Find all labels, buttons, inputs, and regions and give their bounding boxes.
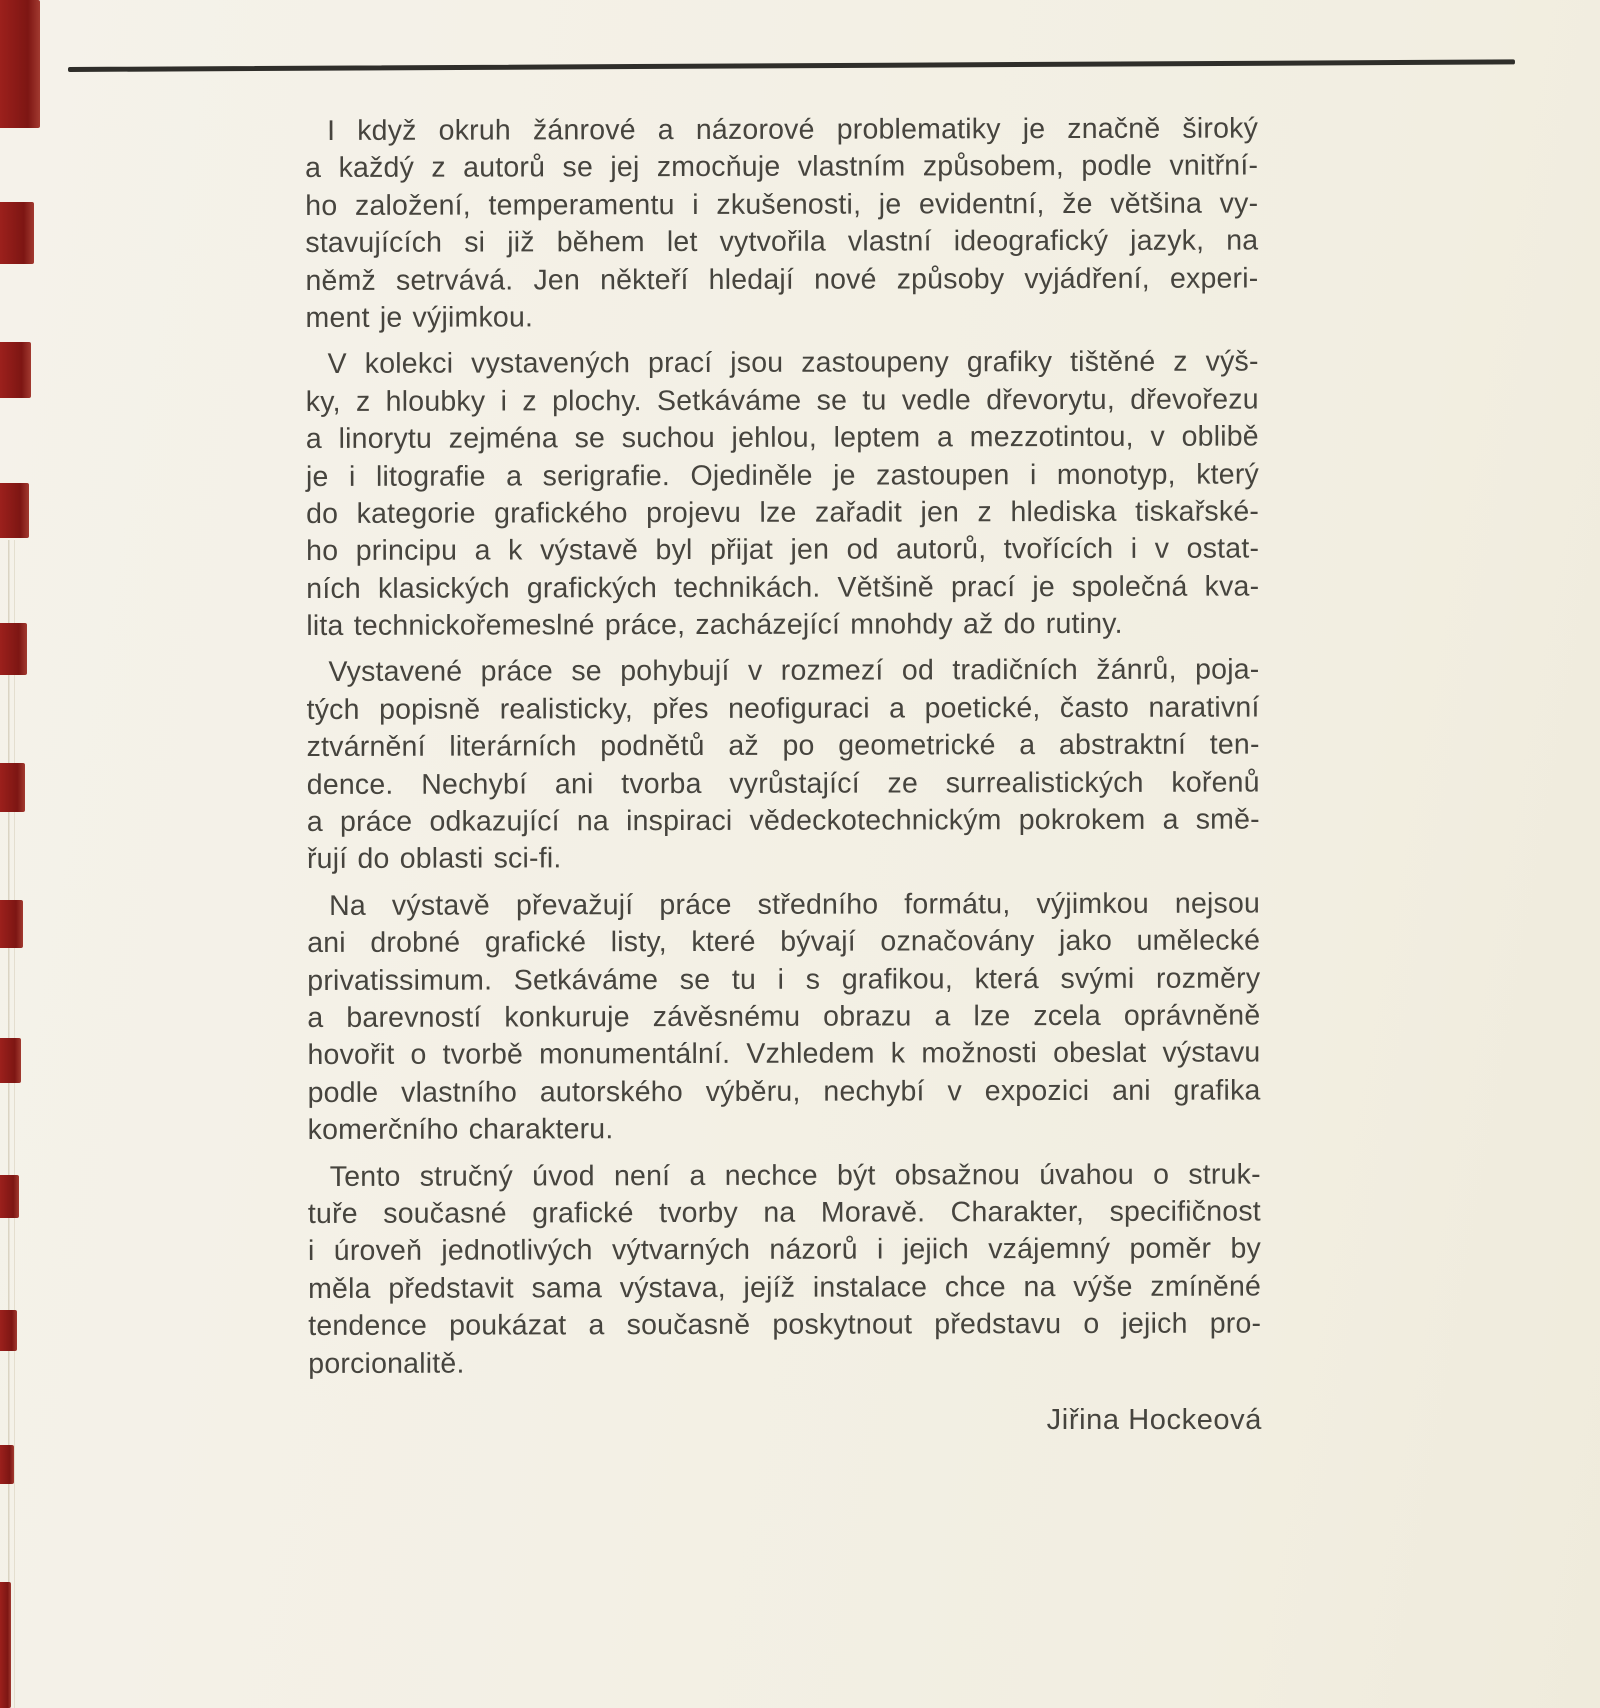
text-line: porcionalitě.	[308, 1343, 1261, 1383]
text-line: V kolekci vystavených prací jsou zastoup…	[306, 344, 1259, 384]
red-edge-mark	[0, 1582, 11, 1708]
text-line: hovořit o tvorbě monumentální. Vzhledem …	[307, 1035, 1260, 1075]
text-line: a práce odkazující na inspiraci vědeckot…	[307, 802, 1260, 842]
text-line: ky, z hloubky i z plochy. Setkáváme se t…	[306, 381, 1259, 421]
text-line: komerčního charakteru.	[308, 1110, 1261, 1150]
text-line: a linorytu zejména se suchou jehlou, lep…	[306, 419, 1259, 459]
red-edge-mark	[0, 900, 23, 948]
paragraph: V kolekci vystavených prací jsou zastoup…	[306, 344, 1260, 646]
red-edge-mark	[0, 1310, 17, 1351]
horizontal-rule	[68, 59, 1515, 72]
text-line: podle vlastního autorského výběru, nechy…	[308, 1072, 1261, 1112]
text-line: Vystavené práce se pohybují v rozmezí od…	[306, 652, 1259, 692]
text-line: tých popisně realisticky, přes neofigura…	[307, 689, 1260, 729]
text-line: privatissimum. Setkáváme se tu i s grafi…	[307, 960, 1260, 1000]
text-line: řují do oblasti sci-fi.	[307, 839, 1260, 879]
author-signature: Jiřina Hockeová	[305, 1402, 1262, 1439]
red-edge-mark	[0, 1445, 14, 1484]
paragraph: Na výstavě převažují práce středního for…	[307, 885, 1261, 1149]
text-line: do kategorie grafického projevu lze zařa…	[306, 493, 1259, 533]
text-line: Na výstavě převažují práce středního for…	[307, 885, 1260, 925]
red-edge-mark	[0, 483, 29, 538]
red-edge-mark	[0, 1175, 19, 1218]
text-line: ních klasických grafických technikách. V…	[306, 568, 1259, 608]
text-line: lita technickořemeslné práce, zacházejíc…	[306, 606, 1259, 646]
text-line: I když okruh žánrové a názorové problema…	[305, 111, 1258, 151]
red-edge-mark	[0, 202, 34, 264]
text-line: tendence poukázat a současně poskytnout …	[308, 1306, 1261, 1346]
text-line: i úroveň jednotlivých výtvarných názorů …	[308, 1231, 1261, 1271]
text-line: Tento stručný úvod není a nechce být obs…	[308, 1156, 1261, 1196]
text-line: stavujících si již během let vytvořila v…	[305, 223, 1258, 263]
red-edge-mark	[0, 763, 25, 812]
text-line: je i litografie a serigrafie. Ojediněle …	[306, 456, 1259, 496]
red-edge-mark	[0, 623, 27, 675]
text-line: ho založení, temperamentu i zkušenosti, …	[305, 185, 1258, 225]
text-line: tuře současné grafické tvorby na Moravě.…	[308, 1193, 1261, 1233]
text-line: ani drobné grafické listy, které bývají …	[307, 923, 1260, 963]
red-edge-mark	[0, 342, 31, 398]
text-line: a každý z autorů se jej zmocňuje vlastní…	[305, 148, 1258, 188]
text-line: ho principu a k výstavě byl přijat jen o…	[306, 531, 1259, 571]
text-line: měla představit sama výstava, jejíž inst…	[308, 1268, 1261, 1308]
scanned-page: I když okruh žánrové a názorové problema…	[0, 0, 1600, 1708]
text-line: ztvárnění literárních podnětů až po geom…	[307, 727, 1260, 767]
body-text: I když okruh žánrové a názorové problema…	[305, 111, 1261, 1383]
text-line: dence. Nechybí ani tvorba vyrůstající ze…	[307, 764, 1260, 804]
paragraph: Vystavené práce se pohybují v rozmezí od…	[306, 652, 1260, 879]
text-line: a barevností konkuruje závěsnému obrazu …	[307, 997, 1260, 1037]
text-line: němž setrvává. Jen někteří hledají nové …	[305, 260, 1258, 300]
red-edge-mark	[0, 0, 40, 128]
paragraph: Tento stručný úvod není a nechce být obs…	[308, 1156, 1262, 1383]
red-edge-mark	[0, 1038, 21, 1083]
page-crease	[5, 540, 21, 1708]
text-line: ment je výjimkou.	[305, 297, 1258, 337]
paragraph: I když okruh žánrové a názorové problema…	[305, 111, 1259, 338]
